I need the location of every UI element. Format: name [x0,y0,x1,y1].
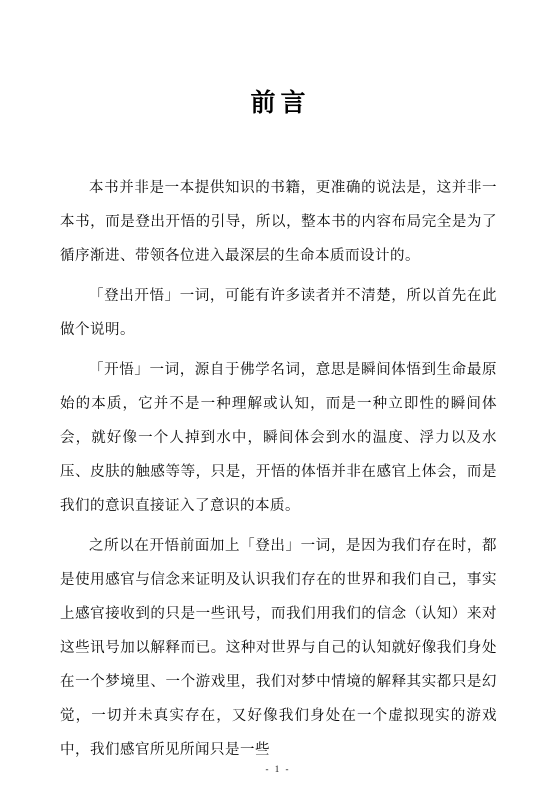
page-number: - 1 - [0,764,556,774]
page-title: 前言 [0,0,556,119]
paragraph-3: 「开悟」一词，源自于佛学名词，意思是瞬间体悟到生命最原始的本质，它并不是一种理解… [60,353,497,523]
body-text: 本书并非是一本提供知识的书籍，更准确的说法是，这并非一本书，而是登出开悟的引导，… [60,171,497,773]
paragraph-4: 之所以在开悟前面加上「登出」一词，是因为我们存在时，都是使用感官与信念来证明及认… [60,529,497,767]
document-page: 前言 本书并非是一本提供知识的书籍，更准确的说法是，这并非一本书，而是登出开悟的… [0,0,556,790]
paragraph-2: 「登出开悟」一词，可能有许多读者并不清楚，所以首先在此做个说明。 [60,279,497,347]
paragraph-1: 本书并非是一本提供知识的书籍，更准确的说法是，这并非一本书，而是登出开悟的引导，… [60,171,497,273]
